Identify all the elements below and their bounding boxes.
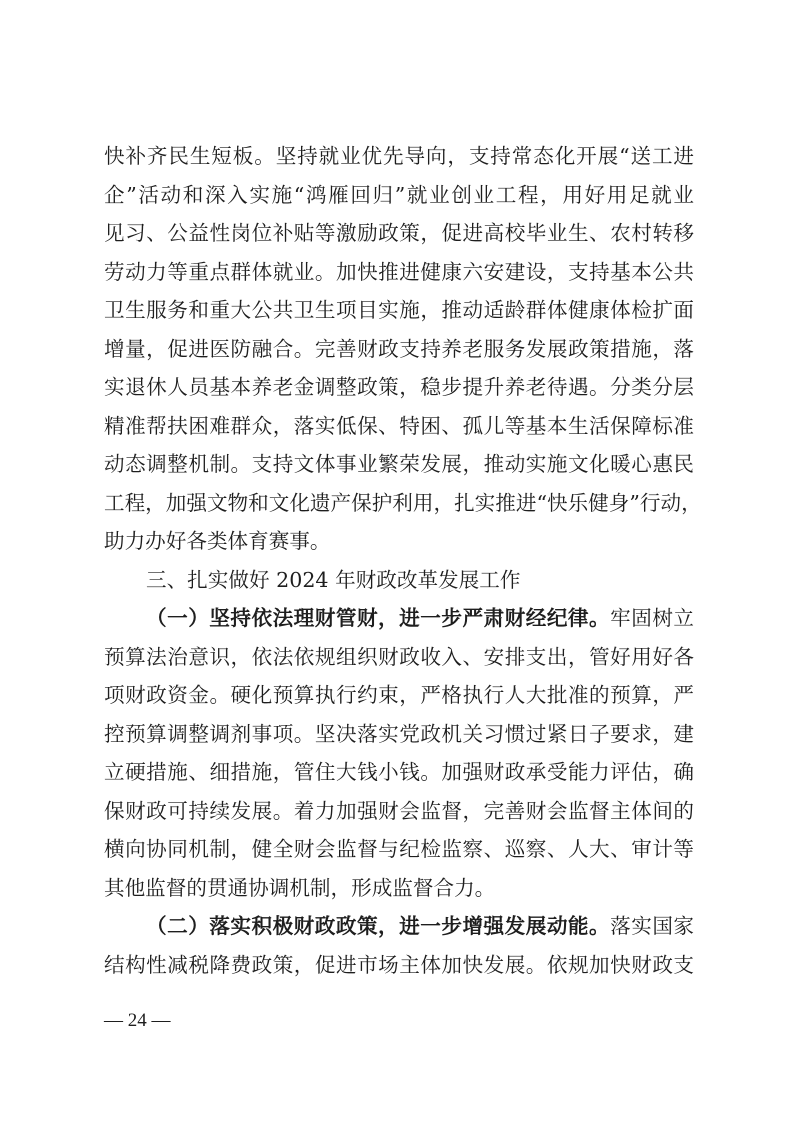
body-line: 精准帮扶困难群众，落实低保、特困、孤儿等基本生活保障标准: [104, 407, 694, 446]
body-line: 控预算调整调剂事项。坚决落实党政机关习惯过紧日子要求，建: [104, 715, 694, 754]
subsection-2-lead-text: 落实国家: [610, 914, 694, 938]
body-line: 劳动力等重点群体就业。加快推进健康六安建设，支持基本公共: [104, 253, 694, 292]
body-line: 预算法治意识，依法依规组织财政收入、安排支出，管好用好各: [104, 638, 694, 677]
subsection-1-title: （一）坚持依法理财管财，进一步严肃财经纪律。: [146, 606, 610, 630]
body-line: 动态调整机制。支持文体事业繁荣发展，推动实施文化暖心惠民: [104, 445, 694, 484]
body-line: 卫生服务和重大公共卫生项目实施，推动适龄群体健康体检扩面: [104, 291, 694, 330]
body-line: 实退休人员基本养老金调整政策，稳步提升养老待遇。分类分层: [104, 368, 694, 407]
body-line: 工程，加强文物和文化遗产保护利用，扎实推进“快乐健身”行动，: [104, 484, 694, 523]
body-line: 增量，促进医防融合。完善财政支持养老服务发展政策措施，落: [104, 330, 694, 369]
body-line: 项财政资金。硬化预算执行约束，严格执行人大批准的预算，严: [104, 676, 694, 715]
body-line: 立硬措施、细措施，管住大钱小钱。加强财政承受能力评估，确: [104, 753, 694, 792]
body-line: 助力办好各类体育赛事。: [104, 522, 694, 561]
body-line: 见习、公益性岗位补贴等激励政策，促进高校毕业生、农村转移: [104, 214, 694, 253]
subsection-2-first-line: （二）落实积极财政政策，进一步增强发展动能。落实国家: [104, 907, 694, 946]
body-line: 快补齐民生短板。坚持就业优先导向，支持常态化开展“送工进: [104, 137, 694, 176]
body-line: 其他监督的贯通协调机制，形成监督合力。: [104, 869, 694, 908]
document-page: 快补齐民生短板。坚持就业优先导向，支持常态化开展“送工进 企”活动和深入实施“鸿…: [104, 137, 694, 984]
subsection-1-lead-text: 牢固树立: [610, 606, 694, 630]
body-line: 横向协同机制，健全财会监督与纪检监察、巡察、人大、审计等: [104, 830, 694, 869]
subsection-2-title: （二）落实积极财政政策，进一步增强发展动能。: [146, 914, 610, 938]
body-line: 企”活动和深入实施“鸿雁回归”就业创业工程，用好用足就业: [104, 176, 694, 215]
body-line: 结构性减税降费政策，促进市场主体加快发展。依规加快财政支: [104, 946, 694, 985]
page-number: — 24 —: [104, 1010, 171, 1032]
section-heading: 三、扎实做好 2024 年财政改革发展工作: [104, 561, 694, 600]
subsection-1-first-line: （一）坚持依法理财管财，进一步严肃财经纪律。牢固树立: [104, 599, 694, 638]
body-line: 保财政可持续发展。着力加强财会监督，完善财会监督主体间的: [104, 792, 694, 831]
